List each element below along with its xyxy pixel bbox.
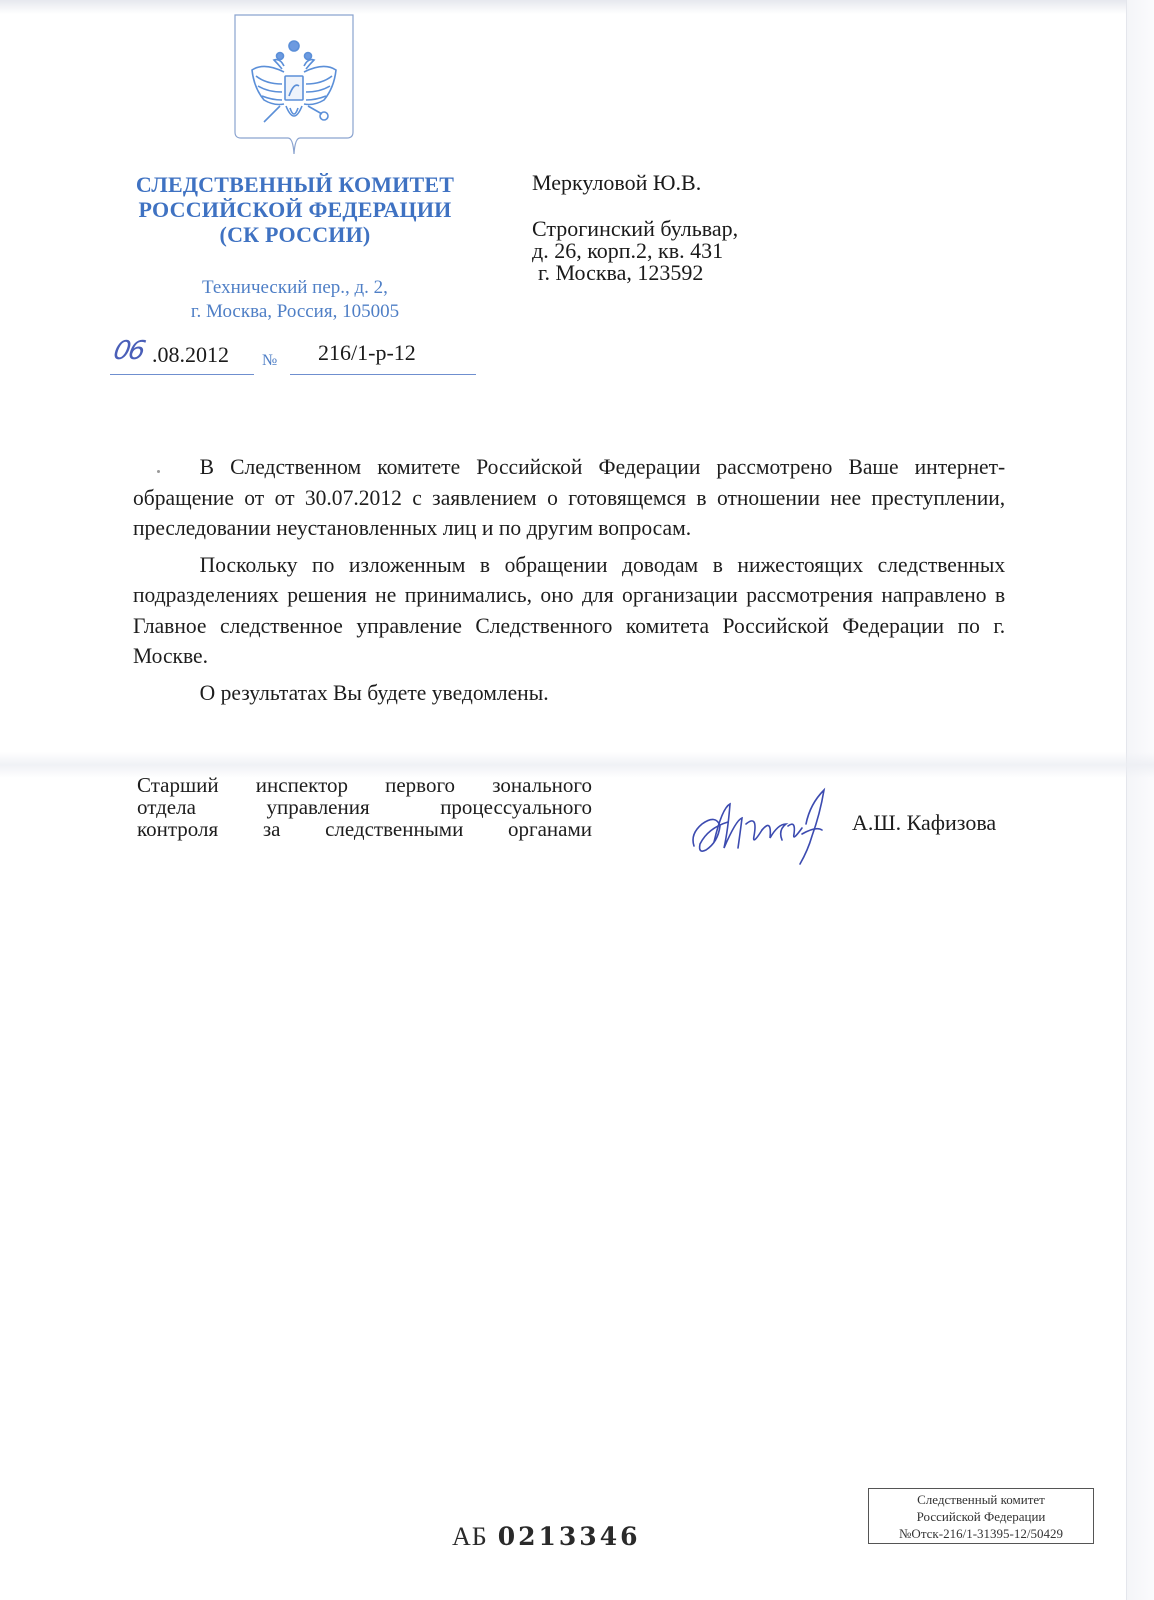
number-underline — [290, 374, 476, 375]
recipient-name: Меркуловой Ю.В. — [532, 172, 852, 194]
org-name-abbreviation: (СК РОССИИ) — [110, 222, 480, 247]
stamp-line: Следственный комитет — [869, 1491, 1093, 1508]
recipient-address-line: г. Москва, 123592 — [532, 262, 852, 284]
signer-position-line: Старший инспектор первого зонального — [137, 774, 592, 796]
blank-serial-number: АБ0213346 — [452, 1522, 640, 1552]
organization-address: Технический пер., д. 2, г. Москва, Росси… — [110, 276, 480, 324]
stamp-line: Российской Федерации — [869, 1508, 1093, 1525]
serial-digits: 0213346 — [498, 1522, 641, 1551]
outgoing-registration-stamp: Следственный комитет Российской Федераци… — [868, 1488, 1094, 1544]
signer-position-line: отдела управления процессуального — [137, 796, 592, 818]
recipient-address-line: д. 26, корп.2, кв. 431 — [532, 240, 852, 262]
handwritten-signature-icon — [688, 784, 838, 866]
registration-number: 216/1-р-12 — [318, 340, 416, 366]
stamp-line: №Отск-216/1-31395-12/50429 — [869, 1525, 1093, 1542]
org-name-line: РОССИЙСКОЙ ФЕДЕРАЦИИ — [110, 197, 480, 222]
recipient-address-line: Строгинский бульвар, — [532, 218, 852, 240]
body-paragraph: Поскольку по изложенным в обращении дово… — [133, 550, 1005, 672]
date-underline — [110, 374, 254, 375]
organization-name: СЛЕДСТВЕННЫЙ КОМИТЕТ РОССИЙСКОЙ ФЕДЕРАЦИ… — [110, 172, 480, 247]
signer-position-line: контроля за следственными органами — [137, 818, 592, 840]
signer-position: Старший инспектор первого зонального отд… — [137, 774, 592, 840]
org-name-line: СЛЕДСТВЕННЫЙ КОМИТЕТ — [110, 172, 480, 197]
russian-coat-of-arms-icon — [234, 14, 354, 156]
org-address-line: г. Москва, Россия, 105005 — [110, 300, 480, 324]
org-address-line: Технический пер., д. 2, — [110, 276, 480, 300]
signer-name: А.Ш. Кафизова — [852, 810, 996, 836]
letter-body: В Следственном комитете Российской Федер… — [133, 452, 1005, 708]
body-paragraph: В Следственном комитете Российской Федер… — [133, 452, 1005, 544]
handwritten-date-day: 06 — [111, 336, 146, 366]
scan-fold-right — [1126, 0, 1154, 1600]
registration-row: 06 .08.2012 № 216/1-р-12 — [110, 338, 490, 378]
number-sign: № — [262, 352, 277, 370]
body-paragraph: О результатах Вы будете уведомлены. — [133, 678, 1005, 709]
letter-date: .08.2012 — [152, 342, 229, 368]
serial-prefix: АБ — [452, 1522, 488, 1551]
recipient-address: Строгинский бульвар, д. 26, корп.2, кв. … — [532, 218, 852, 284]
scan-shadow-top — [0, 0, 1154, 14]
recipient-block: Меркуловой Ю.В. Строгинский бульвар, д. … — [532, 172, 852, 284]
